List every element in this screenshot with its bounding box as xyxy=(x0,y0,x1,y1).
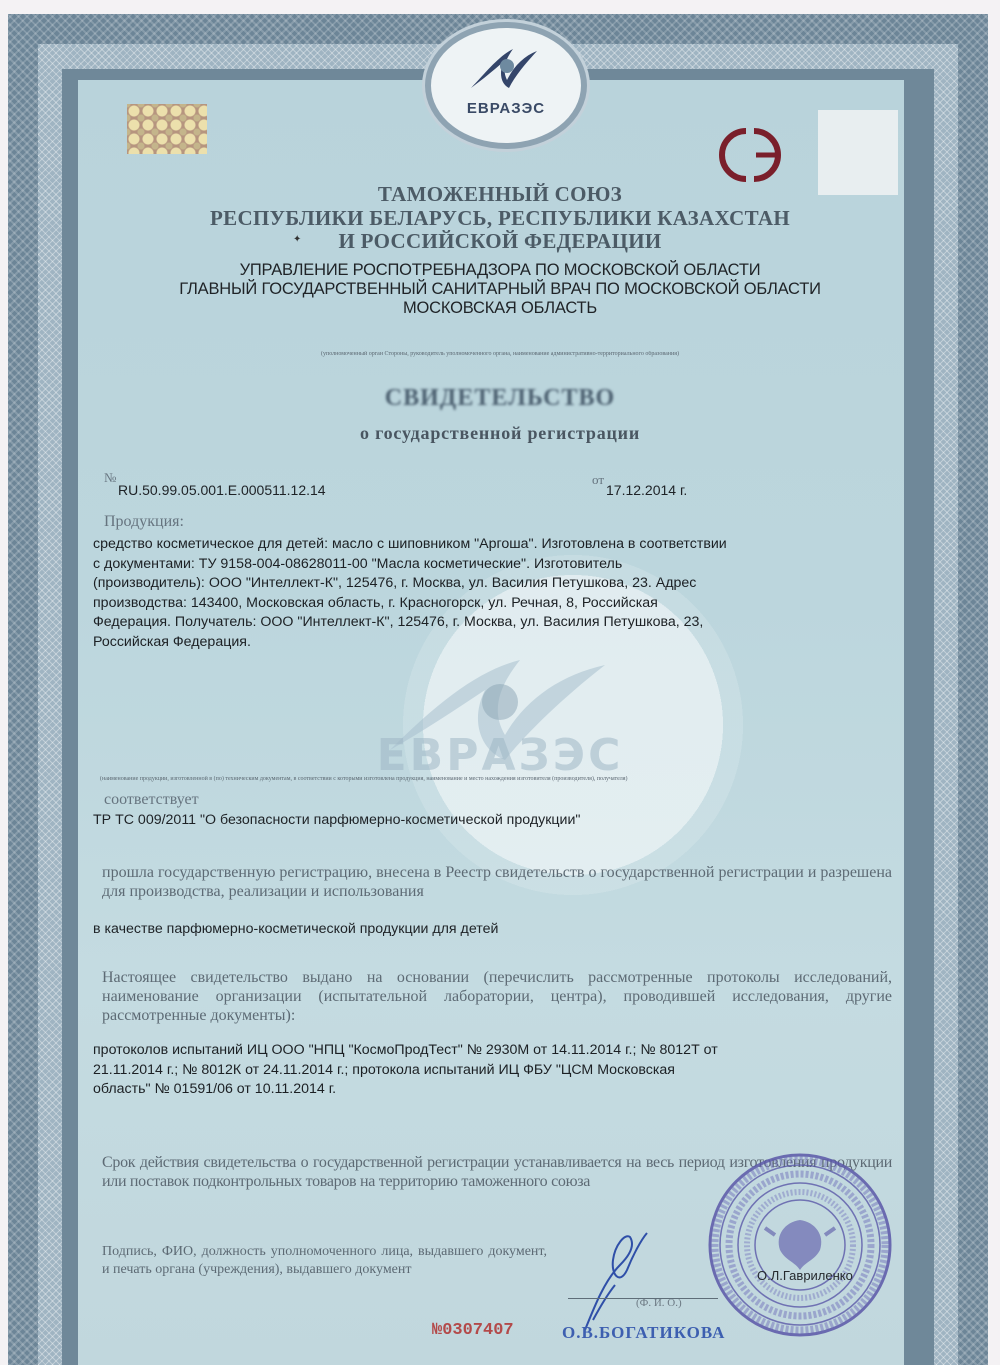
authority-line-3: МОСКОВСКАЯ ОБЛАСТЬ xyxy=(0,299,1000,318)
certificate-date: 17.12.2014 г. xyxy=(606,482,687,498)
basis-statement: Настоящее свидетельство выдано на основа… xyxy=(102,968,892,1025)
evrazes-logo-icon xyxy=(469,46,539,90)
registration-purpose: в качестве парфюмерно-косметической прод… xyxy=(93,921,498,937)
authority-line-2: ГЛАВНЫЙ ГОСУДАРСТВЕННЫЙ САНИТАРНЫЙ ВРАЧ … xyxy=(0,280,1000,299)
certificate-subtitle: о государственной регистрации xyxy=(0,423,1000,444)
product-line: с документами: ТУ 9158-004-08628011-00 "… xyxy=(93,555,873,575)
fio-hint: (Ф. И. О.) xyxy=(636,1297,682,1309)
product-line: Федерация. Получатель: ООО "Интеллект-К"… xyxy=(93,613,873,633)
product-line: Российская Федерация. xyxy=(93,633,873,653)
signature-caption: Подпись, ФИО, должность уполномоченного … xyxy=(102,1243,547,1279)
handwritten-signature-icon xyxy=(575,1225,665,1335)
hologram-sticker xyxy=(127,104,207,154)
evrazes-watermark-label: ЕВРАЗЭС xyxy=(370,730,630,781)
evrazes-emblem-label: ЕВРАЗЭС xyxy=(431,100,581,117)
union-title-line-1: ТАМОЖЕННЫЙ СОЮЗ xyxy=(0,182,1000,207)
responsible-person-stamp: О.В.БОГАТИКОВА xyxy=(562,1323,725,1343)
certificate-number: RU.50.99.05.001.E.000511.12.14 xyxy=(118,482,326,498)
evrazes-emblem: ЕВРАЗЭС xyxy=(425,22,587,149)
union-title-line-2: РЕСПУБЛИКИ БЕЛАРУСЬ, РЕСПУБЛИКИ КАЗАХСТА… xyxy=(0,206,1000,231)
date-label: от xyxy=(592,472,604,488)
official-round-seal-icon xyxy=(705,1150,895,1340)
conformity-standard: ТР ТС 009/2011 "О безопасности парфюмерн… xyxy=(93,812,580,828)
basis-protocols: протоколов испытаний ИЦ ООО "НПЦ "КосмоП… xyxy=(93,1041,873,1100)
form-serial-number: №0307407 xyxy=(432,1321,514,1340)
product-label: Продукция: xyxy=(104,513,184,531)
authority-caption: (уполномоченный орган Стороны, руководит… xyxy=(175,351,825,357)
product-line: производства: 143400, Московская область… xyxy=(93,594,873,614)
protocol-line: область" № 01591/06 от 10.11.2014 г. xyxy=(93,1080,873,1100)
registration-statement: прошла государственную регистрацию, внес… xyxy=(102,863,892,901)
certificate-title: СВИДЕТЕЛЬСТВО xyxy=(0,385,1000,412)
authority-line-1: УПРАВЛЕНИЕ РОСПОТРЕБНАДЗОРА ПО МОСКОВСКО… xyxy=(0,261,1000,280)
conformity-label: соответствует xyxy=(104,791,199,809)
union-title-line-3: И РОССИЙСКОЙ ФЕДЕРАЦИИ xyxy=(0,229,1000,254)
signer-name: О.Л.Гавриленко xyxy=(757,1268,853,1283)
product-line: средство косметическое для детей: масло … xyxy=(93,535,873,555)
product-line: (производитель): ООО "Интеллект-К", 1254… xyxy=(93,574,873,594)
product-description: средство косметическое для детей: масло … xyxy=(93,535,873,652)
protocol-line: протоколов испытаний ИЦ ООО "НПЦ "КосмоП… xyxy=(93,1041,873,1061)
se-conformity-mark-icon xyxy=(710,123,790,187)
asterisk-mark: ✦ xyxy=(293,234,301,245)
number-label: № xyxy=(104,470,116,486)
product-caption: (наименование продукции, изготовленной в… xyxy=(100,776,900,782)
protocol-line: 21.11.2014 г.; № 8012К от 24.11.2014 г.;… xyxy=(93,1061,873,1081)
